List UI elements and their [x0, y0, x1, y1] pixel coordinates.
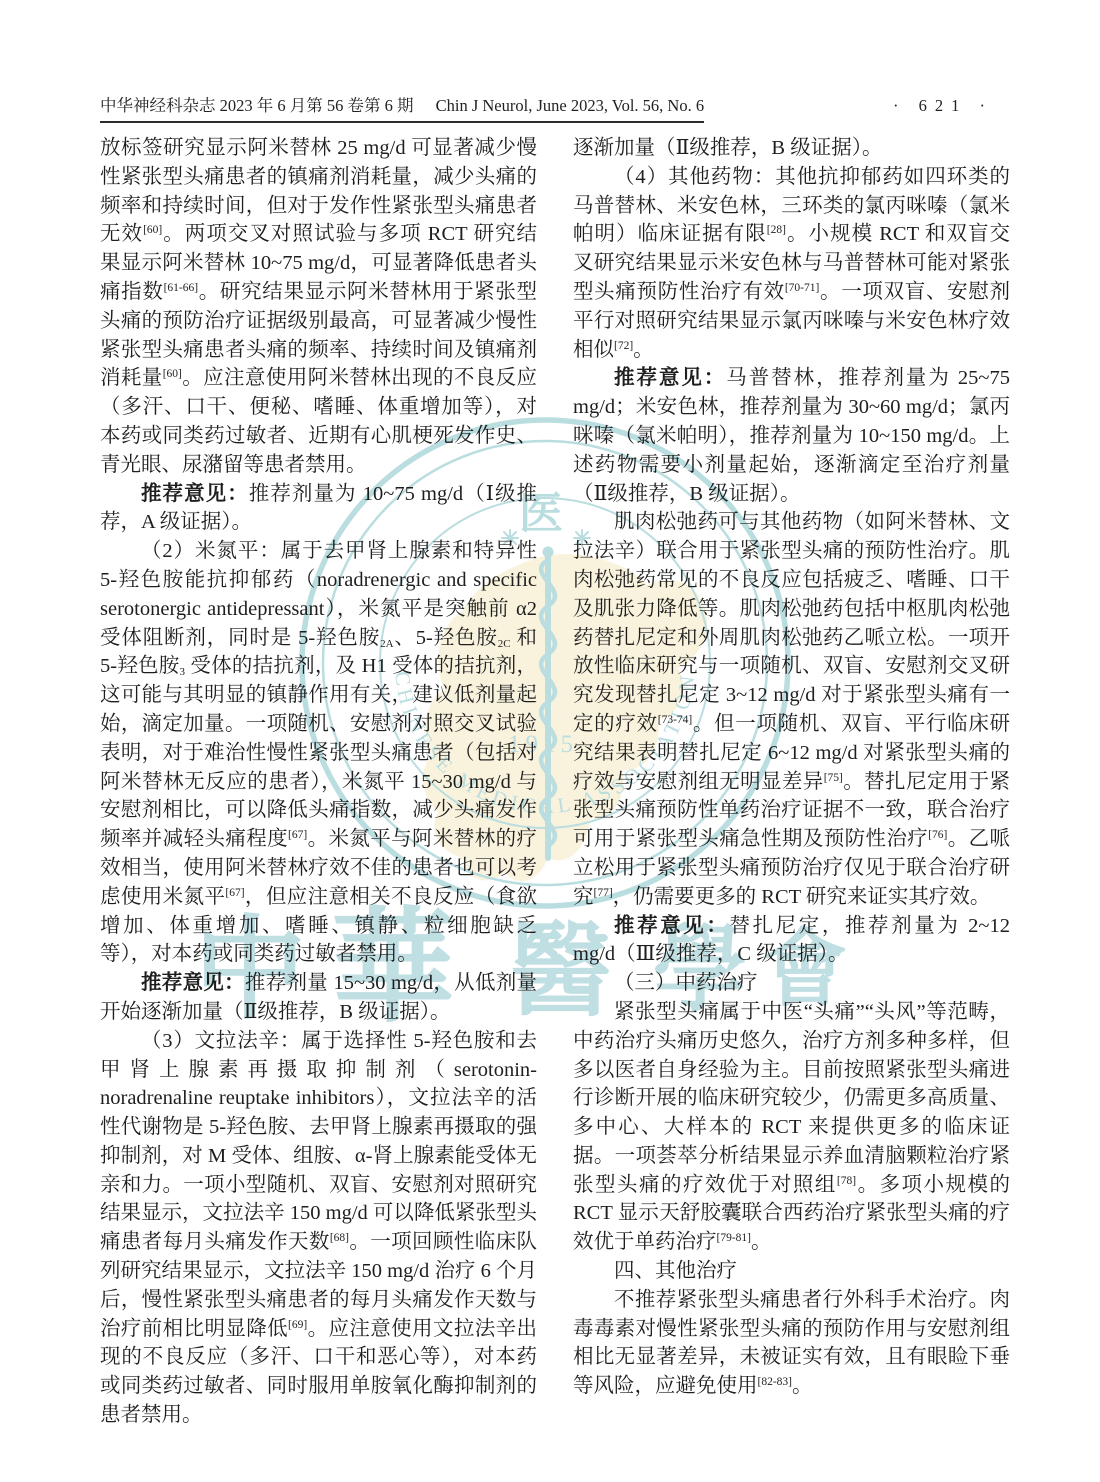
recommendation-paragraph: 推荐意见：推荐剂量为 10~75 mg/d（Ⅰ级推荐，A 级证据）。 — [100, 480, 537, 538]
reference-citation: [68] — [330, 1232, 349, 1244]
journal-title-line: 中华神经科杂志 2023 年 6 月第 56 卷第 6 期 Chin J Neu… — [100, 92, 704, 123]
reference-citation: [79-81] — [717, 1232, 752, 1244]
paragraph: 紧张型头痛属于中医“头痛”“头风”等范畴，中药治疗头痛历史悠久，治疗方剂多种多样… — [573, 998, 1010, 1257]
reference-citation: [73-74] — [658, 714, 693, 726]
reference-citation: [67] — [288, 829, 307, 841]
reference-citation: [76] — [928, 829, 947, 841]
chemical-subscript: 2A — [380, 638, 393, 650]
page-number: · 621 · — [893, 96, 993, 116]
asclepius-staff-icon — [541, 547, 555, 859]
text-column-right: 逐渐加量（Ⅱ级推荐，B 级证据）。（4）其他药物：其他抗抑郁药如四环类的马普替林… — [573, 134, 1010, 1424]
text-column-left: 放标签研究显示阿米替林 25 mg/d 可显著减少慢性紧张型头痛患者的镇痛剂消耗… — [100, 134, 537, 1424]
recommendation-paragraph: 推荐意见：推荐剂量 15~30 mg/d，从低剂量开始逐渐加量（Ⅱ级推荐，B 级… — [100, 969, 537, 1027]
paragraph: （三）中药治疗 — [573, 969, 1010, 998]
reference-citation: [75] — [824, 772, 843, 784]
reference-citation: [72] — [614, 340, 633, 352]
journal-header: 中华神经科杂志 2023 年 6 月第 56 卷第 6 期 Chin J Neu… — [100, 92, 993, 123]
journal-title-cn: 中华神经科杂志 2023 年 6 月第 56 卷第 6 期 — [100, 96, 414, 115]
reference-citation: [28] — [767, 224, 786, 236]
reference-citation: [77] — [594, 887, 613, 899]
paragraph: 不推荐紧张型头痛患者行外科手术治疗。肉毒毒素对慢性紧张型头痛的预防作用与安慰剂组… — [573, 1286, 1010, 1401]
reference-citation: [70-71] — [785, 282, 820, 294]
paragraph: 放标签研究显示阿米替林 25 mg/d 可显著减少慢性紧张型头痛患者的镇痛剂消耗… — [100, 134, 537, 480]
reference-citation: [82-83] — [758, 1376, 793, 1388]
paragraph: （4）其他药物：其他抗抑郁药如四环类的马普替林、米安色林，三环类的氯丙咪嗪（氯米… — [573, 163, 1010, 365]
paragraph: 逐渐加量（Ⅱ级推荐，B 级证据）。 — [573, 134, 1010, 163]
reference-citation: [67] — [225, 887, 244, 899]
recommendation-paragraph: 推荐意见：马普替林，推荐剂量为 25~75 mg/d；米安色林，推荐剂量为 30… — [573, 364, 1010, 508]
recommendation-paragraph: 推荐意见：替扎尼定，推荐剂量为 2~12 mg/d（Ⅲ级推荐，C 级证据）。 — [573, 912, 1010, 970]
reference-citation: [61-66] — [164, 282, 199, 294]
paragraph: （2）米氮平：属于去甲肾上腺素和特异性 5-羟色胺能抗抑郁药（noradrene… — [100, 537, 537, 969]
paragraph: 四、其他治疗 — [573, 1257, 1010, 1286]
reference-citation: [69] — [288, 1319, 307, 1331]
journal-title-en: Chin J Neurol, June 2023, Vol. 56, No. 6 — [436, 96, 704, 115]
chemical-subscript: 2C — [498, 638, 511, 650]
paragraph: （3）文拉法辛：属于选择性 5-羟色胺和去甲肾上腺素再摄取抑制剂（seroton… — [100, 1027, 537, 1424]
reference-citation: [78] — [837, 1175, 856, 1187]
reference-citation: [60] — [143, 224, 162, 236]
reference-citation: [60] — [163, 368, 182, 380]
journal-page: 医 1915 CHINESE MEDICAL ASSOCIATION — [0, 0, 1100, 1482]
paragraph: 肌肉松弛药可与其他药物（如阿米替林、文拉法辛）联合用于紧张型头痛的预防性治疗。肌… — [573, 508, 1010, 911]
